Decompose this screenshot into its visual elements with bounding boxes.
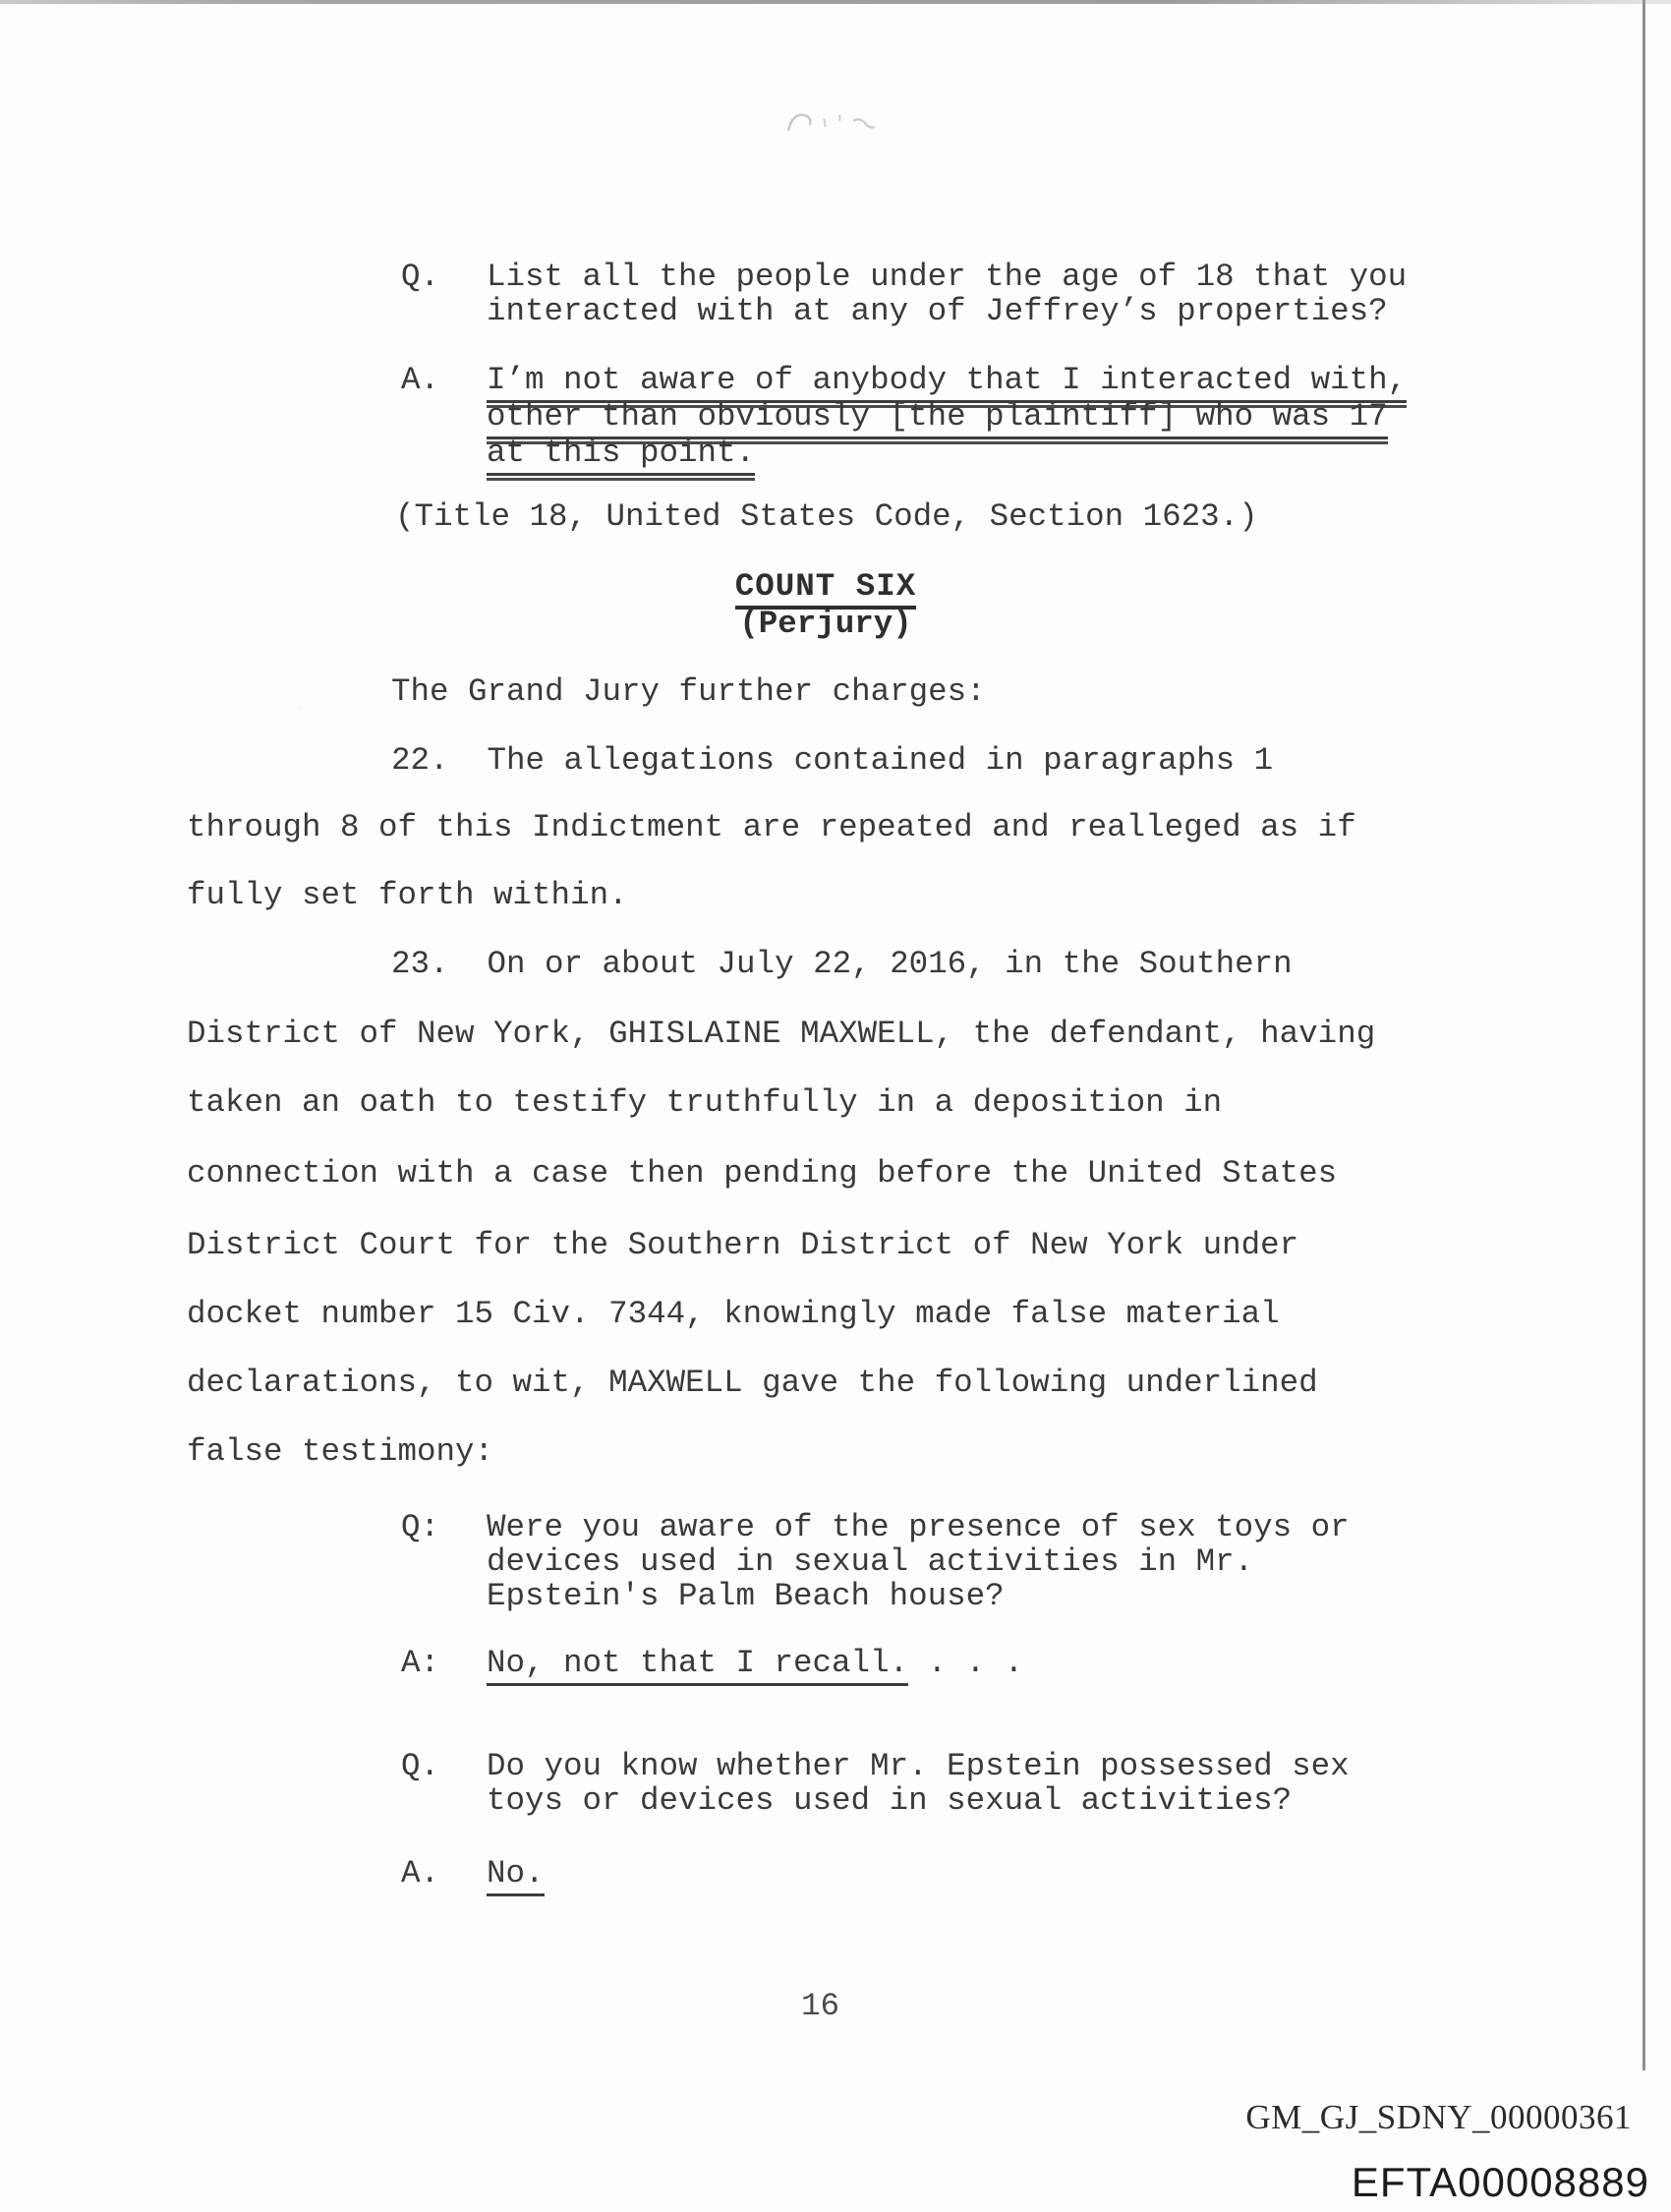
body-line: through 8 of this Indictment are repeate… — [187, 809, 1356, 845]
handwritten-squiggle-mark — [782, 101, 900, 148]
count-heading-subtitle: (Perjury) — [739, 606, 912, 642]
body-line: declarations, to wit, MAXWELL gave the f… — [187, 1365, 1318, 1401]
answer-trailing-dots: . . . — [908, 1645, 1023, 1681]
body-line: 22. The allegations contained in paragra… — [391, 742, 1273, 779]
q-label: Q. — [401, 259, 439, 295]
question-line: interacted with at any of Jeffrey’s prop… — [487, 293, 1388, 329]
answer-line-underlined: No. — [487, 1855, 545, 1896]
page-right-edge-line — [1642, 0, 1645, 2070]
count-heading-title: COUNT SIX — [735, 568, 917, 610]
body-line: false testimony: — [187, 1433, 493, 1470]
bates-stamp-efta: EFTA00008889 — [1352, 2159, 1649, 2206]
question-line: List all the people under the age of 18 … — [487, 259, 1407, 295]
a-label: A. — [401, 362, 439, 398]
body-line: 23. On or about July 22, 2016, in the So… — [391, 946, 1293, 982]
question-line: devices used in sexual activities in Mr. — [487, 1543, 1253, 1580]
bates-stamp-gm: GM_GJ_SDNY_00000361 — [1245, 2098, 1632, 2137]
body-line: taken an oath to testify truthfully in a… — [187, 1084, 1222, 1121]
intro-line: The Grand Jury further charges: — [391, 673, 986, 710]
document-page: Q. List all the people under the age of … — [0, 0, 1671, 2212]
answer-line-underlined: other than obviously [the plaintiff] who… — [487, 398, 1388, 439]
body-line: connection with a case then pending befo… — [187, 1155, 1337, 1192]
question-line: Epstein's Palm Beach house? — [487, 1578, 1005, 1614]
answer-line-underlined: at this point. — [487, 435, 755, 476]
body-line: District Court for the Southern District… — [187, 1227, 1298, 1263]
count-heading-subtitle-row: (Perjury) — [187, 606, 1465, 642]
body-line: District of New York, GHISLAINE MAXWELL,… — [187, 1016, 1375, 1052]
statute-citation: (Title 18, United States Code, Section 1… — [395, 498, 1258, 535]
a-label: A. — [401, 1855, 439, 1892]
page-number: 16 — [801, 1988, 839, 2024]
q-label: Q. — [401, 1748, 439, 1784]
answer-line-underlined: I’m not aware of anybody that I interact… — [487, 362, 1407, 403]
question-line: Were you aware of the presence of sex to… — [487, 1509, 1350, 1545]
question-line: toys or devices used in sexual activitie… — [487, 1782, 1292, 1819]
body-line: docket number 15 Civ. 7344, knowingly ma… — [187, 1296, 1280, 1332]
question-line: Do you know whether Mr. Epstein possesse… — [487, 1748, 1350, 1784]
body-line: fully set forth within. — [187, 877, 628, 913]
page-top-edge-line — [0, 0, 1671, 4]
answer-line-underlined: No, not that I recall. . . . — [487, 1645, 1023, 1686]
a-label: A: — [401, 1645, 439, 1681]
q-label: Q: — [401, 1509, 439, 1545]
count-heading: COUNT SIX — [187, 568, 1465, 610]
